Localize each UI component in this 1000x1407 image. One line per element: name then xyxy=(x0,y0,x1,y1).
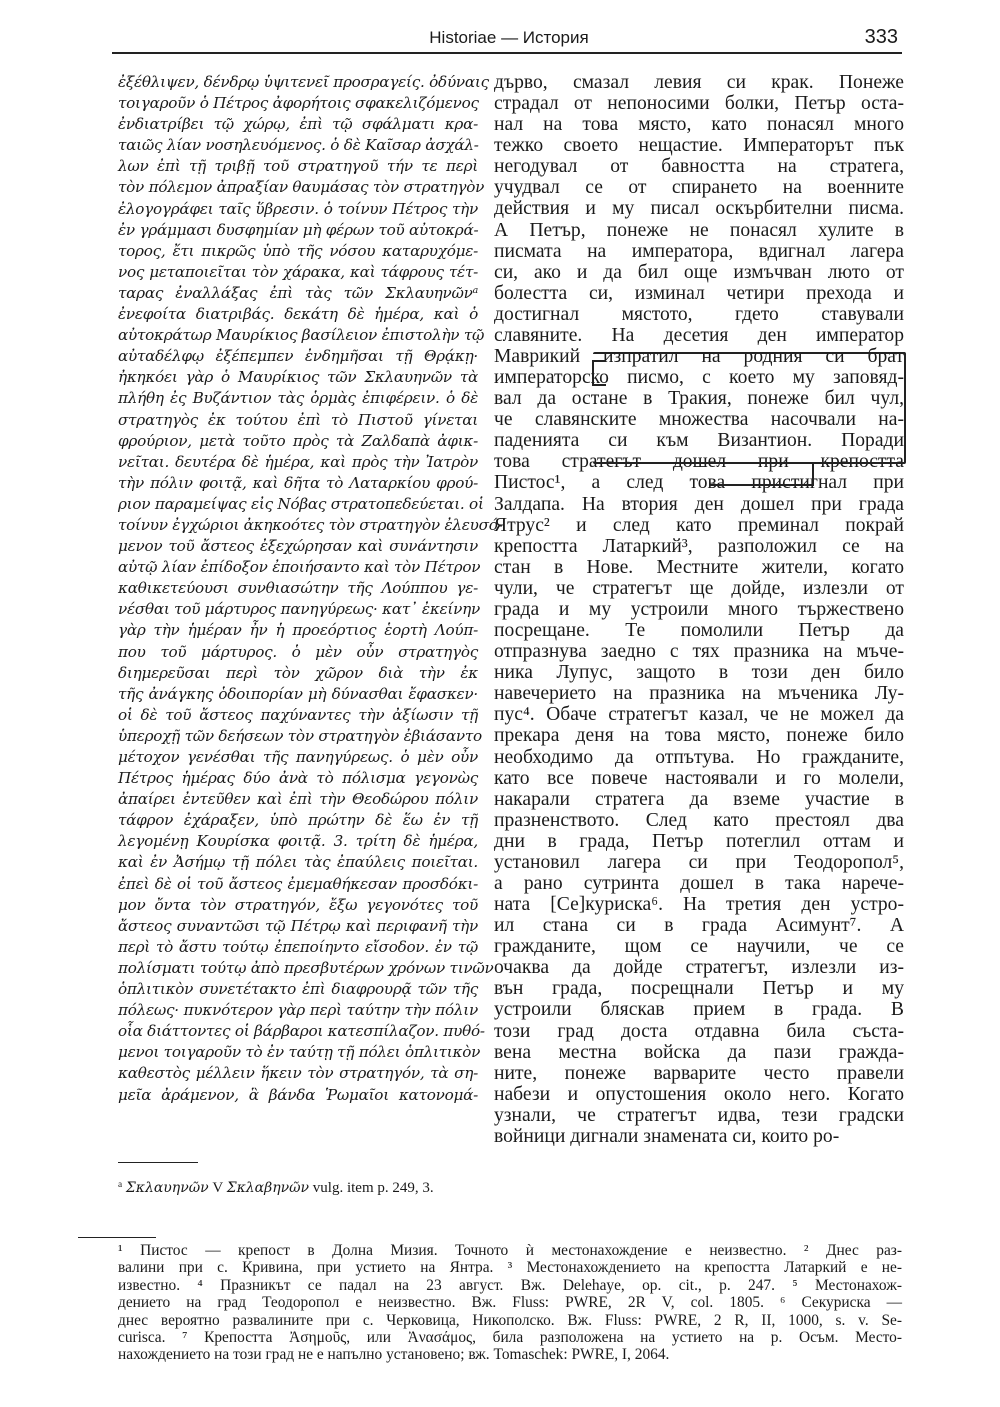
greek-text-line: ἐν γράμμασι δυσφημίαν μὴ φέρων τοῦ αὐτοκ… xyxy=(118,220,478,241)
document-page: Historiae — История 333 ἐξέθλιψεν, δένδρ… xyxy=(0,0,1000,1407)
translation-text-line: очаква да дойде стратегът, излезли из- xyxy=(494,957,904,978)
greek-text-line: νεῖται. δευτέρα δὲ ἡμέρα, καὶ πρὸς τὴν Ἰ… xyxy=(118,452,478,473)
translation-text-line: че славянските множества насочвали на- xyxy=(494,409,904,430)
greek-text-line: διημερεῦσαι περὶ τὸν χῶρον διὰ τὴν ἐκ xyxy=(118,663,478,684)
greek-text-line: τάφρον ἐχάραξεν, ὑπὸ πρώτην δὲ ἕω ἐν τῇ xyxy=(118,810,478,831)
translation-text-line: дни в града, Петър потеглил оттам и xyxy=(494,831,904,852)
greek-text-line: ταρας ἐναλλάξας ἐπὶ τὰς τῶν Σκλαυηνῶνa xyxy=(118,283,478,304)
translation-text-line: писмата на императора, вдигнал лагера xyxy=(494,241,904,262)
translation-text-line: вън града, посрещнали Петър и му xyxy=(494,978,904,999)
translation-text-line: вена местна войска да пази гражда- xyxy=(494,1042,904,1063)
translation-text-line: а рано сутринта дошел в така нарече- xyxy=(494,873,904,894)
apparatus-siglum: V xyxy=(212,1180,223,1196)
translation-text-line: гражданите, щом се научили, че се xyxy=(494,936,904,957)
translation-text-line: учудвал се от спирането на военните xyxy=(494,177,904,198)
greek-text-line: καθεστὸς μέλλειν ἥκειν τὸν στρατηγόν, τὰ… xyxy=(118,1063,478,1084)
header-rule xyxy=(112,52,902,54)
apparatus-reference-marker: a xyxy=(473,285,478,296)
translation-text-line: императорско писмо, с което му заповяд- xyxy=(494,367,904,388)
translation-text-line: страдал от непоносими болки, Петър оста- xyxy=(494,93,904,114)
greek-text-line: αὐταδέλφῳ ἐξέπεμπεν ἐνδημῆσαι τῇ Θρᾴκῃ· xyxy=(118,346,478,367)
greek-text-line: ἐνεφοίτα διατριβάς. δεκάτη δὲ ἡμέρα, καὶ… xyxy=(118,304,478,325)
translation-text-line: отпразнува заедно с тях празника на мъче… xyxy=(494,641,904,662)
greek-text-line: γὰρ τὴν ἡμέραν ἦν ἡ προεόρτιος ἑορτὴ Λού… xyxy=(118,620,478,641)
footnote-line: валини при с. Кривина, при устието на Ян… xyxy=(118,1259,902,1276)
page-number: 333 xyxy=(865,26,898,49)
greek-text-line: τὴν πόλιν φοιτᾷ, καὶ δῆτα τὸ Λαταρκίου φ… xyxy=(118,473,478,494)
translation-text-line: посрещане. Те помолили Петър да xyxy=(494,620,904,641)
greek-text-line: στρατηγὸς ἐκ τούτου ἐπὶ τὸ Πιστοῦ γίνετα… xyxy=(118,410,478,431)
apparatus-note: vulg. item p. 249, 3. xyxy=(313,1180,434,1196)
greek-text-line: ἐπεὶ δὲ οἱ τοῦ ἄστεος ἐμεμαθήκεσαν προσδ… xyxy=(118,874,478,895)
translation-text-line: си, ако и да бил още измъчван люто от xyxy=(494,262,904,283)
greek-text-line: ἄστεος συναντῶσι τῷ Πέτρῳ καὶ περιφανῆ τ… xyxy=(118,916,478,937)
greek-text-line: τοιγαροῦν ὁ Πέτρος ἀφορήτοις σφακελιζόμε… xyxy=(118,93,478,114)
greek-text-line: οἷα διάττοντες οἱ βάρβαροι κατεσπίλαζον.… xyxy=(118,1021,478,1042)
translation-text-line: ил стана си в града Асимунт⁷. А xyxy=(494,915,904,936)
translation-text-line: града и му устроили много тържествено xyxy=(494,599,904,620)
translation-text-line: узнали, че стратегът идва, тези градски xyxy=(494,1105,904,1126)
translation-text-line: ната [Се]куриска⁶. На третия ден устро- xyxy=(494,894,904,915)
greek-text-line: ἠκηκόει γὰρ ὁ Μαυρίκιος τῶν Σκλαυηνῶν τὰ xyxy=(118,367,478,388)
running-title: Historiae — История xyxy=(118,28,900,48)
translation-text-line: стан в Нове. Местните жители, когато xyxy=(494,557,904,578)
translation-text-line: необходимо да отпътува. Но гражданите, xyxy=(494,747,904,768)
footnote-line: днес вероятно развалините при с. Черкови… xyxy=(118,1312,902,1329)
translation-text-line: накарали стратега да вземе участие в xyxy=(494,789,904,810)
translation-text-line: тежко своето нещастие. Императорът пък xyxy=(494,135,904,156)
greek-text-line: νος μεταποιεῖται τὸν χάρακα, καὶ τάφρους… xyxy=(118,262,478,283)
footnotes: ¹ Пистос — крепост в Долна Мизия. Точнот… xyxy=(118,1242,902,1364)
greek-text-line: λεγομένῃ Κουρίσκα φοιτᾷ. 3. τρίτη δὲ ἡμέ… xyxy=(118,831,478,852)
translation-text-line: този град доста отдавна била съста- xyxy=(494,1021,904,1042)
footnote-line: дението на град Теодоропол е неизвестно.… xyxy=(118,1294,902,1311)
translation-text-line: болестта си, изминал четири прехода и xyxy=(494,283,904,304)
translation-text-line: Ятрус² и след като преминал покрай xyxy=(494,515,904,536)
translation-text-line: ните, понеже варварите често правели xyxy=(494,1063,904,1084)
bulgarian-translation-column: дърво, смазал левия си крак. Понежестрад… xyxy=(494,72,904,1147)
translation-text-line: набези и опустошения около него. Когато xyxy=(494,1084,904,1105)
greek-text-line: οἱ δὲ τοῦ ἄστεος παχύναντες τὴν ἀξίωσιν … xyxy=(118,705,478,726)
greek-text-line: περὶ τὸ ἄστυ τούτῳ ἐπεποίηντο εἴσοδον. ἐ… xyxy=(118,937,478,958)
greek-text-line: τῆς ἀνάγκης ὁδοιπορίαν μὴ δύνασθαι ἔφασκ… xyxy=(118,684,478,705)
greek-text-line: που τοῦ μάρτυρος. ὁ μὲν οὖν στρατηγὸς xyxy=(118,642,478,663)
apparatus-variant-1: Σκλαυηνῶν xyxy=(126,1180,209,1196)
greek-text-line: νέσθαι τοῦ μάρτυρος πανηγύρεως· κατ᾽ ἐκε… xyxy=(118,599,478,620)
translation-text-line: устроили бляскав прием в града. В xyxy=(494,999,904,1020)
handwritten-underline xyxy=(710,484,814,486)
greek-text-line: λων ἐπὶ τῇ τριβῇ τοῦ στρατηγοῦ τήν τε πε… xyxy=(118,156,478,177)
translation-text-line: дърво, смазал левия си крак. Понеже xyxy=(494,72,904,93)
translation-text-line: празненството. След като престоял два xyxy=(494,810,904,831)
greek-text-line: ταιῶς λίαν νοσηλευόμενος. ὁ δὲ Καῖσαρ ἀσ… xyxy=(118,135,478,156)
greek-text-line: ριον παραμείψας εἰς Νόβας στρατοπεδεύετα… xyxy=(118,494,478,515)
greek-text-line: πολίσματι τούτῳ ἀπὸ πρεσβυτέρων χρόνων τ… xyxy=(118,958,478,979)
translation-text-line: ника Лупус, защото в този ден било xyxy=(494,662,904,683)
translation-text-line: като все повече настоявали и го молели, xyxy=(494,768,904,789)
greek-text-line: Πέτρος ἡμέρας δύο ἀνὰ τὸ πόλισμα γεγονὼς xyxy=(118,768,478,789)
translation-text-line: негодувал от бавността на стратега, xyxy=(494,156,904,177)
greek-text-line: πλήθη ἐς Βυζάντιον τὰς ὁρμὰς ἐπιφέρειν. … xyxy=(118,388,478,409)
greek-text-line: τοίνυν ἐγχώριοι ἀκηκοότες τὸν στρατηγὸν … xyxy=(118,515,478,536)
translation-text-line: навечерието на празника на мъченика Лу- xyxy=(494,683,904,704)
page-header: Historiae — История 333 xyxy=(118,24,900,54)
apparatus-marker: a xyxy=(118,1180,122,1190)
greek-text-line: ἐλογογράφει ταῖς ὕβρεσιν. ὁ τοίνυν Πέτρο… xyxy=(118,199,478,220)
translation-text-line: Маврикий изпратил на родния си брат xyxy=(494,346,904,367)
translation-text-line: действия и му писал оскърбителни писма. xyxy=(494,198,904,219)
translation-text-line: А Петър, понеже не понасял хулите в xyxy=(494,220,904,241)
apparatus-rule xyxy=(118,1162,198,1163)
greek-text-line: μενοι τοιγαροῦν τὸ ἐν ταύτῃ τῇ πόλει ὁπλ… xyxy=(118,1042,478,1063)
greek-text-line: καθικετεύουσι συνθιασώτην τῆς Λούππου γε… xyxy=(118,578,478,599)
greek-text-line: καὶ ἐν Ἀσήμῳ τῇ πόλει τὰς ἐπαύλεις ποιεῖ… xyxy=(118,852,478,873)
footnote-line: нахождението на този град не е напълно у… xyxy=(118,1346,902,1363)
translation-text-line: крепостта Латаркий³, разположил се на xyxy=(494,536,904,557)
greek-text-line: μεῖα ἀράμενον, ἃ βάνδα Ῥωμαῖοι κατονομά- xyxy=(118,1085,478,1106)
translation-text-line: достигнал мястото, гдето ставували xyxy=(494,304,904,325)
handwritten-bracket-end xyxy=(812,462,814,486)
greek-text-line: μενον τοῦ ἄστεος ἐξεχώρησαν καὶ συνάντησ… xyxy=(118,536,478,557)
translation-text-line: нал на това място, като понасял много xyxy=(494,114,904,135)
greek-text-line: ἀπαίρει ἐντεῦθεν καὶ ἐπὶ τὴν Θεοδώρου πό… xyxy=(118,789,478,810)
translation-text-line: пус⁴. Обаче стратегът казал, че не можел… xyxy=(494,704,904,725)
greek-text-line: ὑπεροχῇ τῶν δεήσεων τὸν στρατηγὸν ἐβιάσα… xyxy=(118,726,478,747)
footnote-line: известно. ⁴ Празникът се падал на 23 авг… xyxy=(118,1277,902,1294)
translation-text-line: славяните. На десетия ден император xyxy=(494,325,904,346)
greek-text-line: πόλεως· πυκνότερον γὰρ περὶ ταύτην τὴν π… xyxy=(118,1000,478,1021)
greek-text-line: τὸν πόλεμον ἀπραξίαν θαυμάσας τὸν στρατη… xyxy=(118,177,478,198)
translation-text-line: Залдапа. На втория ден дошел при града xyxy=(494,494,904,515)
greek-text-line: φρούριον, μετὰ τοῦτο πρὸς τὰ Ζαλδαπὰ ἀφι… xyxy=(118,431,478,452)
greek-text-line: ἐξέθλιψεν, δένδρῳ ὑψιτενεῖ προσραγείς. ὀ… xyxy=(118,72,478,93)
translation-text-line: Пистос¹, а след това пристигнал при xyxy=(494,472,904,493)
greek-text-line: αὐτοκράτωρ Μαυρίκιος βασίλειον ἐπιστολὴν… xyxy=(118,325,478,346)
critical-apparatus: a Σκλαυηνῶν V Σκλαβηνῶν vulg. item p. 24… xyxy=(118,1180,478,1197)
greek-text-line: τορος, ἔτι πικρῶς ὑπὸ τῆς νόσου καταρυχό… xyxy=(118,241,478,262)
greek-text-line: αὐτῷ λίαν ἐπίδοξον ἐποιήσαντο καὶ τὸν Πέ… xyxy=(118,557,478,578)
greek-text-column: ἐξέθλιψεν, δένδρῳ ὑψιτενεῖ προσραγείς. ὀ… xyxy=(118,72,478,1106)
translation-text-line: прекара деня на това място, понеже било xyxy=(494,725,904,746)
greek-text-line: ὁπλιτικὸν συνετέτακτο ἐπὶ διαφρουρᾷ τῶν … xyxy=(118,979,478,1000)
translation-text-line: войници дигнали знамената си, които ро- xyxy=(494,1126,904,1147)
greek-text-line: μον ὄντα τὸν στρατηγόν, ἔξω γεγονότες το… xyxy=(118,895,478,916)
translation-text-line: вал да остане в Тракия, понеже бил чул, xyxy=(494,388,904,409)
footnote-line: ¹ Пистос — крепост в Долна Мизия. Точнот… xyxy=(118,1242,902,1259)
apparatus-variant-2: Σκλαβηνῶν xyxy=(227,1180,309,1196)
translation-text-line: чули, че стратегът ще дойде, излезли от xyxy=(494,578,904,599)
translation-text-line: установил лагера си при Теодоропол⁵, xyxy=(494,852,904,873)
footnote-line: curisca. ⁷ Крепостта Ἀσημοῦς, или Ἀνασάμ… xyxy=(118,1329,902,1346)
translation-text-line: това стратегът дошел при крепостта xyxy=(494,451,904,472)
footnote-rule xyxy=(78,1237,156,1238)
greek-text-line: μέτοχον γενέσθαι τῆς πανηγύρεως. ὁ μὲν ο… xyxy=(118,747,478,768)
translation-text-line: паденията си към Византион. Поради xyxy=(494,430,904,451)
greek-text-line: ἐνδιατρίβει τῷ χώρῳ, ἐπὶ τῷ σφάλματι κρα… xyxy=(118,114,478,135)
handwritten-bracket-start xyxy=(592,360,606,386)
